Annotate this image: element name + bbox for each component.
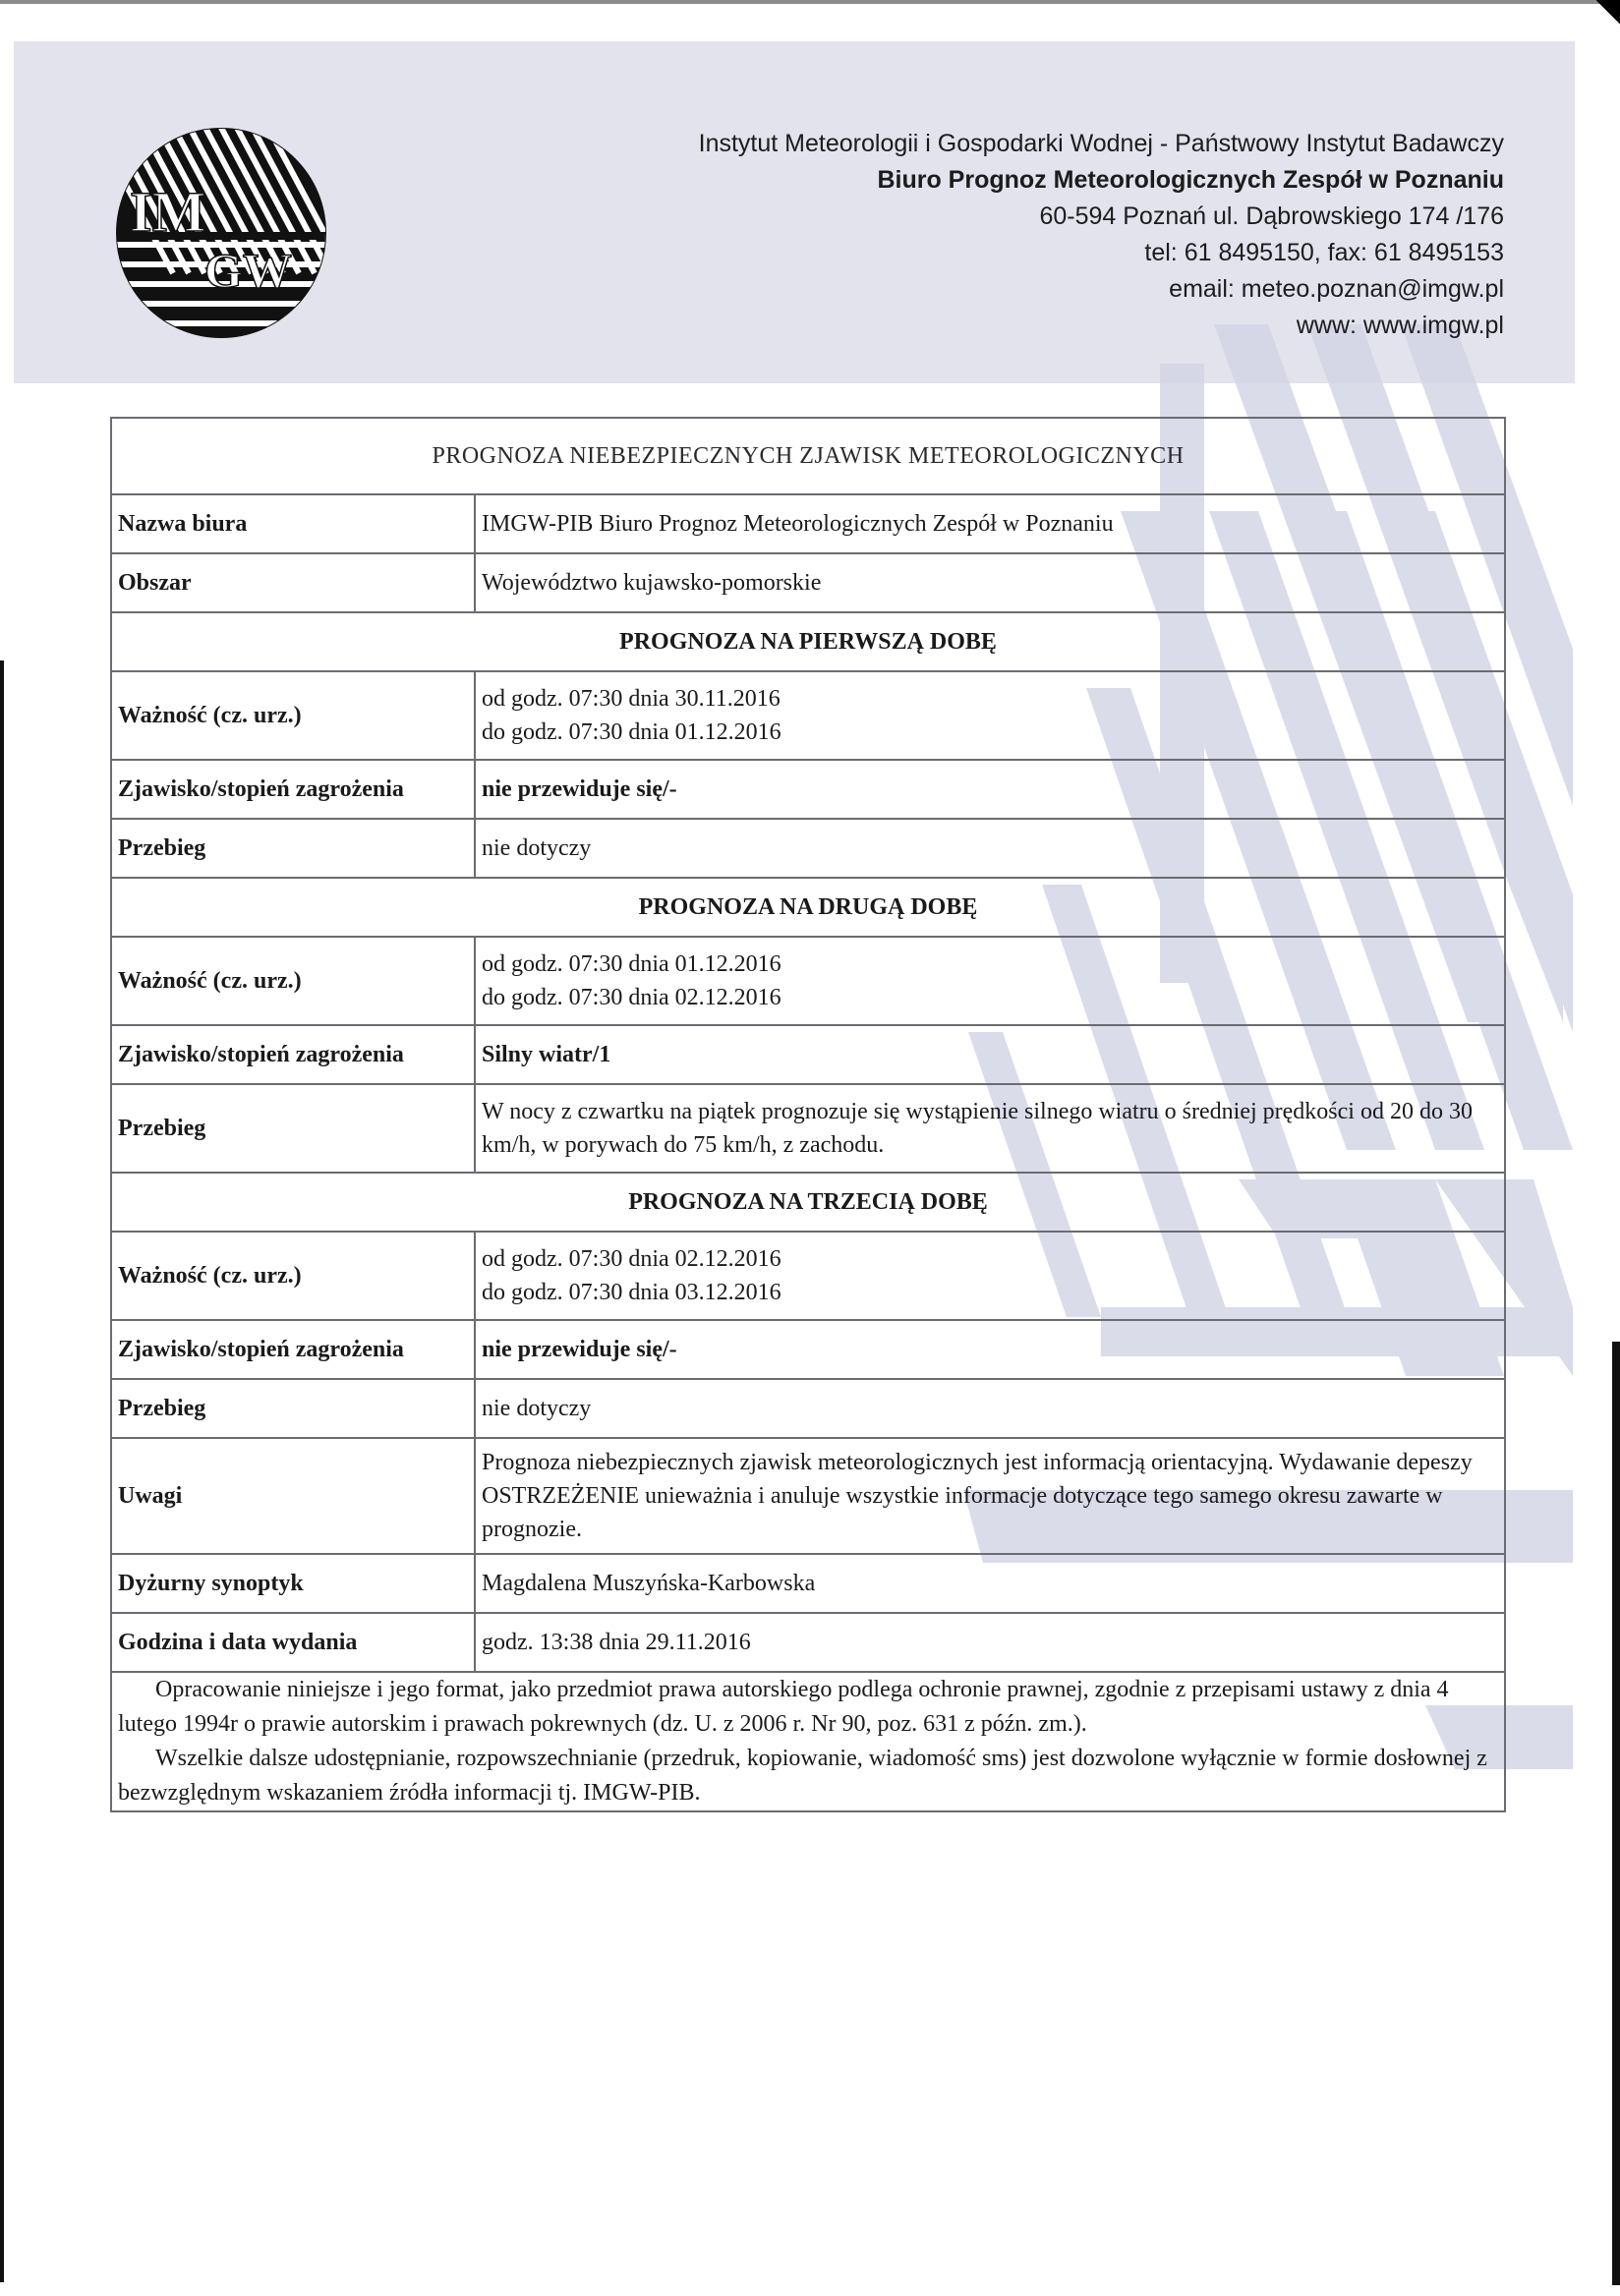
day3-validity-value: od godz. 07:30 dnia 02.12.2016 do godz. … <box>475 1232 1505 1320</box>
table-row: Przebieg nie dotyczy <box>111 1379 1505 1438</box>
day3-course-value: nie dotyczy <box>475 1379 1505 1438</box>
logo-text-gw: GW <box>204 243 292 298</box>
copyright-paragraph: Opracowanie niniejsze i jego format, jak… <box>118 1673 1498 1742</box>
office-value: IMGW-PIB Biuro Prognoz Meteorologicznych… <box>475 494 1505 553</box>
imgw-logo-icon: IM GW <box>114 126 328 340</box>
institute-name: Instytut Meteorologii i Gospodarki Wodne… <box>699 126 1504 162</box>
forecast-table: PROGNOZA NIEBEZPIECZNYCH ZJAWISK METEORO… <box>110 417 1506 1812</box>
office-email[interactable]: email: meteo.poznan@imgw.pl <box>699 271 1504 308</box>
day1-phenomenon-label: Zjawisko/stopień zagrożenia <box>111 760 475 819</box>
issued-value: godz. 13:38 dnia 29.11.2016 <box>475 1613 1505 1672</box>
table-row: Zjawisko/stopień zagrożenia nie przewidu… <box>111 760 1505 819</box>
table-row: Zjawisko/stopień zagrożenia Silny wiatr/… <box>111 1025 1505 1084</box>
table-row: Przebieg W nocy z czwartku na piątek pro… <box>111 1084 1505 1173</box>
page-corner-fold <box>1596 0 1620 29</box>
day2-phenomenon-value: Silny wiatr/1 <box>475 1025 1505 1084</box>
day1-phenomenon-value: nie przewiduje się/- <box>475 760 1505 819</box>
table-row: Ważność (cz. urz.) od godz. 07:30 dnia 0… <box>111 937 1505 1025</box>
table-row: Ważność (cz. urz.) od godz. 07:30 dnia 3… <box>111 671 1505 760</box>
day2-course-value: W nocy z czwartku na piątek prognozuje s… <box>475 1084 1505 1173</box>
day1-course-label: Przebieg <box>111 819 475 878</box>
day3-heading: PROGNOZA NA TRZECIĄ DOBĘ <box>111 1173 1505 1232</box>
document-title: PROGNOZA NIEBEZPIECZNYCH ZJAWISK METEORO… <box>111 418 1505 494</box>
distribution-paragraph: Wszelkie dalsze udostępnianie, rozpowsze… <box>118 1742 1498 1810</box>
letterhead-contact: Instytut Meteorologii i Gospodarki Wodne… <box>699 126 1504 344</box>
office-label: Nazwa biura <box>111 494 475 553</box>
remarks-value: Prognoza niebezpiecznych zjawisk meteoro… <box>475 1438 1505 1554</box>
scan-edge-left <box>0 660 4 2282</box>
scan-edge-right <box>1612 1342 1620 2285</box>
table-row: Zjawisko/stopień zagrożenia nie przewidu… <box>111 1320 1505 1379</box>
area-value: Województwo kujawsko-pomorskie <box>475 553 1505 612</box>
day2-validity-label: Ważność (cz. urz.) <box>111 937 475 1025</box>
day2-phenomenon-label: Zjawisko/stopień zagrożenia <box>111 1025 475 1084</box>
scan-edge-top <box>0 0 1620 4</box>
day2-course-label: Przebieg <box>111 1084 475 1173</box>
day1-heading: PROGNOZA NA PIERWSZĄ DOBĘ <box>111 612 1505 671</box>
area-label: Obszar <box>111 553 475 612</box>
day2-heading: PROGNOZA NA DRUGĄ DOBĘ <box>111 878 1505 937</box>
day3-validity-from: od godz. 07:30 dnia 02.12.2016 <box>482 1242 1498 1276</box>
forecaster-label: Dyżurny synoptyk <box>111 1554 475 1613</box>
copyright-notice: Opracowanie niniejsze i jego format, jak… <box>111 1672 1505 1811</box>
issued-label: Godzina i data wydania <box>111 1613 475 1672</box>
table-row: Ważność (cz. urz.) od godz. 07:30 dnia 0… <box>111 1232 1505 1320</box>
day3-phenomenon-value: nie przewiduje się/- <box>475 1320 1505 1379</box>
day3-phenomenon-label: Zjawisko/stopień zagrożenia <box>111 1320 475 1379</box>
table-row: Nazwa biura IMGW-PIB Biuro Prognoz Meteo… <box>111 494 1505 553</box>
day3-validity-to: do godz. 07:30 dnia 03.12.2016 <box>482 1276 1498 1309</box>
day1-validity-to: do godz. 07:30 dnia 01.12.2016 <box>482 716 1498 749</box>
day1-validity-value: od godz. 07:30 dnia 30.11.2016 do godz. … <box>475 671 1505 760</box>
day1-validity-from: od godz. 07:30 dnia 30.11.2016 <box>482 682 1498 716</box>
table-row: Uwagi Prognoza niebezpiecznych zjawisk m… <box>111 1438 1505 1554</box>
table-row: Obszar Województwo kujawsko-pomorskie <box>111 553 1505 612</box>
logo-text-im: IM <box>130 180 205 244</box>
table-row: Dyżurny synoptyk Magdalena Muszyńska-Kar… <box>111 1554 1505 1613</box>
remarks-label: Uwagi <box>111 1438 475 1554</box>
day1-validity-label: Ważność (cz. urz.) <box>111 671 475 760</box>
day3-course-label: Przebieg <box>111 1379 475 1438</box>
office-address: 60-594 Poznań ul. Dąbrowskiego 174 /176 <box>699 199 1504 235</box>
day1-course-value: nie dotyczy <box>475 819 1505 878</box>
office-name: Biuro Prognoz Meteorologicznych Zespół w… <box>699 162 1504 199</box>
day2-validity-from: od godz. 07:30 dnia 01.12.2016 <box>482 947 1498 981</box>
table-row: Przebieg nie dotyczy <box>111 819 1505 878</box>
forecaster-value: Magdalena Muszyńska-Karbowska <box>475 1554 1505 1613</box>
office-website[interactable]: www: www.imgw.pl <box>699 308 1504 344</box>
office-phone: tel: 61 8495150, fax: 61 8495153 <box>699 235 1504 271</box>
day3-validity-label: Ważność (cz. urz.) <box>111 1232 475 1320</box>
day2-validity-to: do godz. 07:30 dnia 02.12.2016 <box>482 981 1498 1014</box>
day2-validity-value: od godz. 07:30 dnia 01.12.2016 do godz. … <box>475 937 1505 1025</box>
table-row: Godzina i data wydania godz. 13:38 dnia … <box>111 1613 1505 1672</box>
